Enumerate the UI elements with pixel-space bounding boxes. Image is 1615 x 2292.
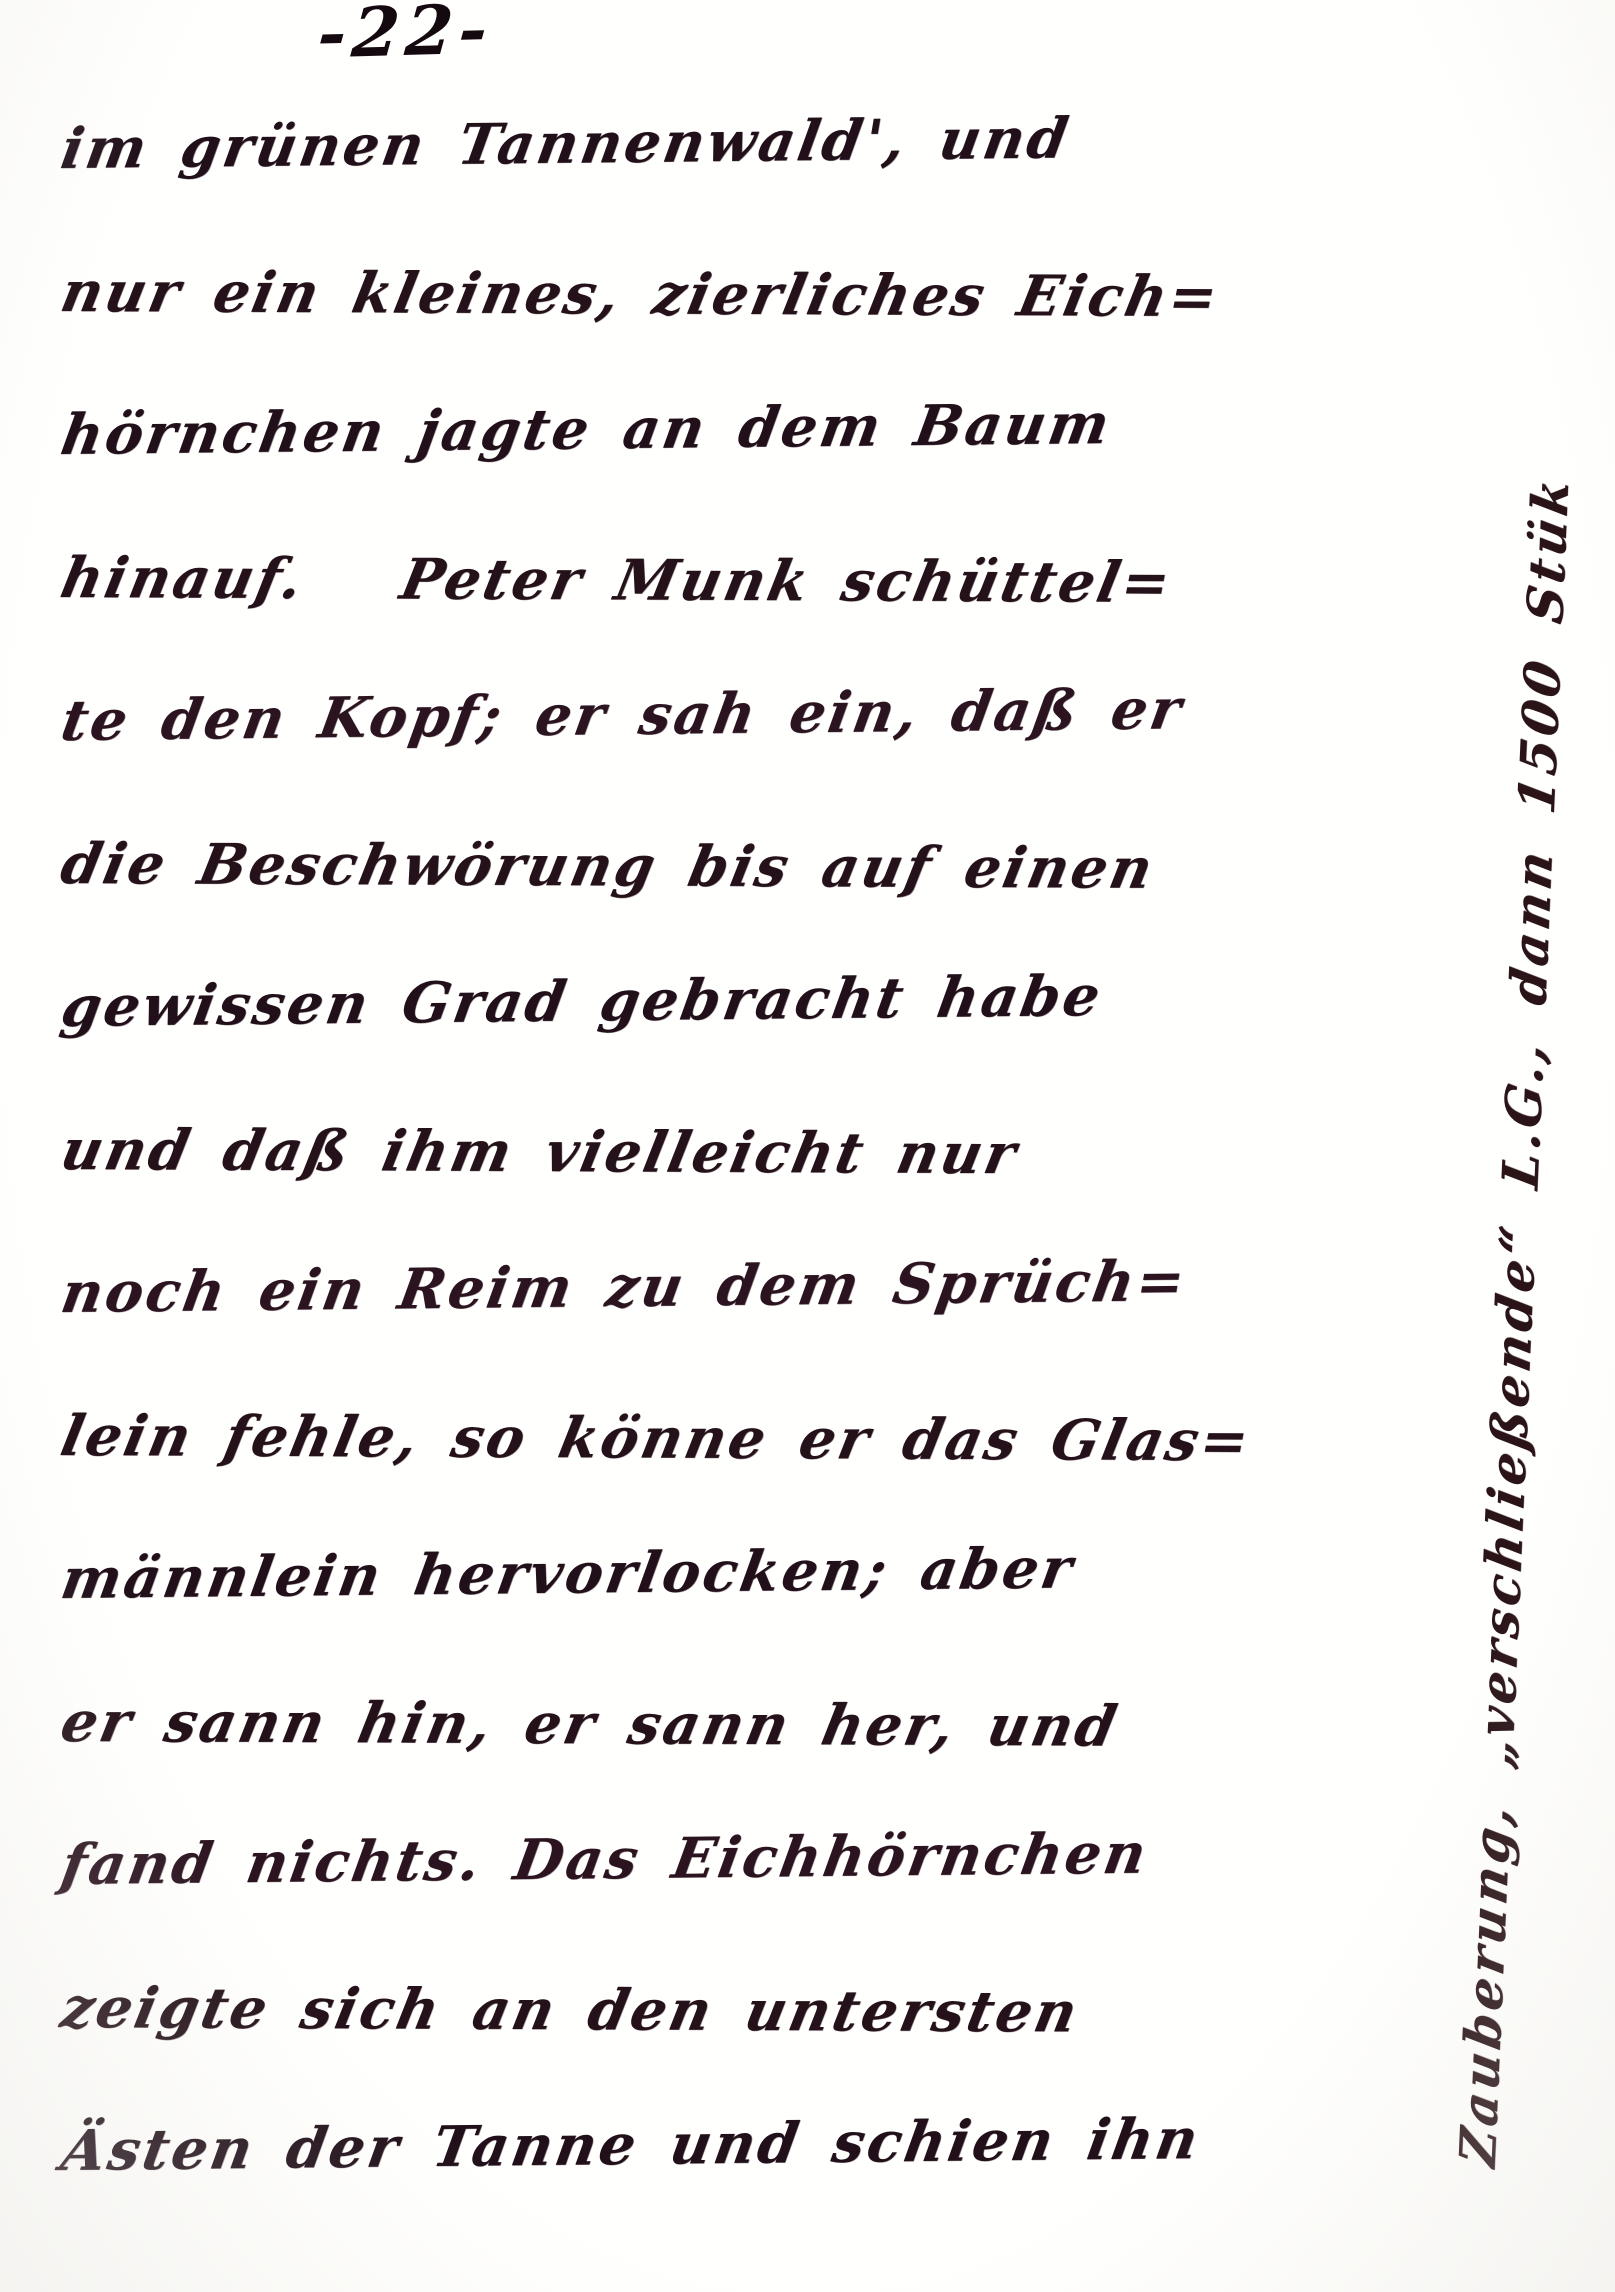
handwriting-line: hörnchen jagte an dem Baum xyxy=(50,350,1376,507)
handwriting-line: die Beschwörung bis auf einen xyxy=(48,793,1375,942)
handwriting-line: Ästen der Tanne und schien ihn xyxy=(50,2066,1376,2223)
handwriting-line: hinauf. Peter Munk schüttel= xyxy=(48,507,1375,656)
handwriting-line: lein fehle, so könne er das Glas= xyxy=(48,1365,1375,1514)
handwriting-text-block: im grünen Tannenwald', und nur ein klein… xyxy=(62,78,1362,2223)
handwriting-line: und daß ihm vielleicht nur xyxy=(48,1079,1375,1228)
handwriting-line: männlein hervorlocken; aber xyxy=(50,1494,1376,1651)
handwriting-line: fand nichts. Das Eichhörnchen xyxy=(50,1780,1376,1937)
handwriting-line: nur ein kleines, zierliches Eich= xyxy=(48,221,1375,370)
margin-annotation-vertical: Zauberung, „verschließende“ L.G., dann 1… xyxy=(1448,142,1595,2171)
handwriting-line: te den Kopf; er sah ein, daß er xyxy=(50,636,1376,793)
handwriting-line: noch ein Reim zu dem Sprüch= xyxy=(50,1208,1376,1365)
handwriting-line: im grünen Tannenwald', und xyxy=(50,64,1376,221)
handwriting-line: er sann hin, er sann her, und xyxy=(48,1651,1375,1800)
handwriting-line: gewissen Grad gebracht habe xyxy=(50,922,1376,1079)
manuscript-page: -22- im grünen Tannenwald', und nur ein … xyxy=(0,0,1615,2292)
handwriting-line: zeigte sich an den untersten xyxy=(48,1937,1375,2086)
page-number: -22- xyxy=(315,0,496,74)
